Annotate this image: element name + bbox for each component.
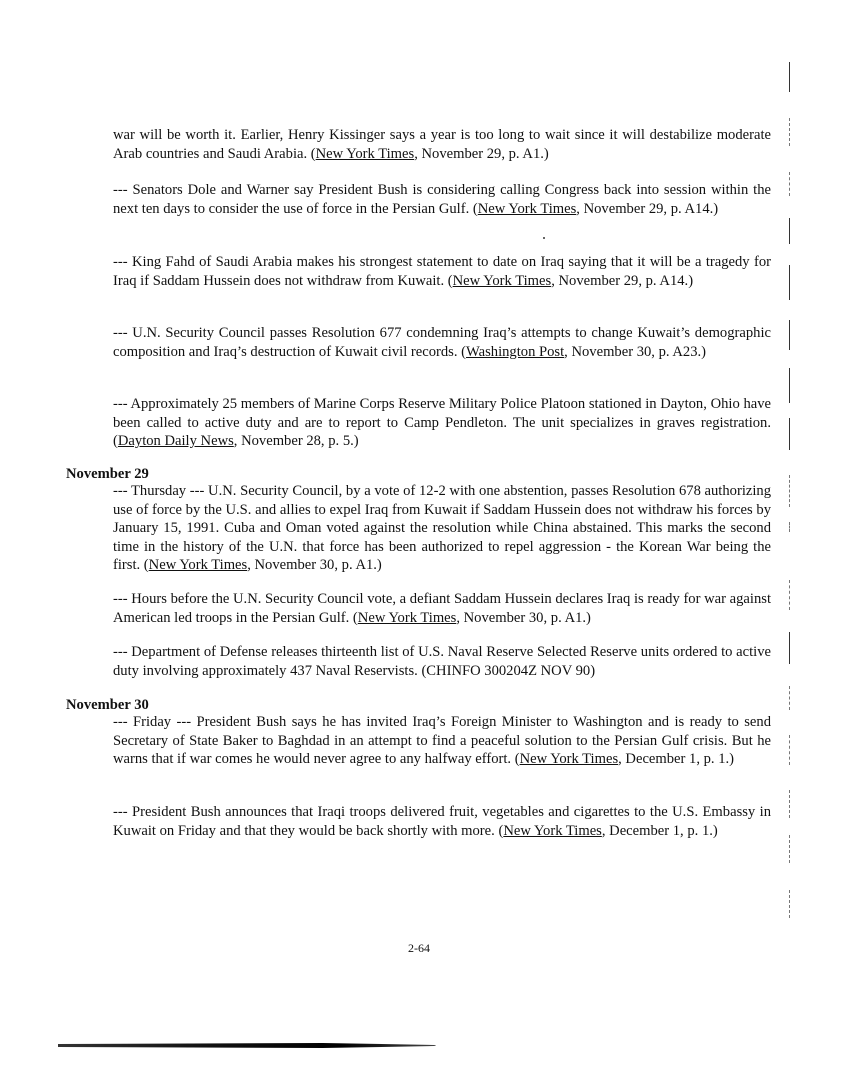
- margin-revision-mark: [789, 735, 790, 765]
- document-page: war will be worth it. Earlier, Henry Kis…: [0, 0, 850, 1067]
- entry-bush-invitation: --- Friday --- President Bush says he ha…: [113, 713, 771, 769]
- entry-resolution-678: --- Thursday --- U.N. Security Council, …: [113, 482, 771, 575]
- citation-details: , November 28, p. 5.): [234, 433, 359, 449]
- margin-revision-mark: [789, 418, 790, 450]
- entry-saddam-defiant: --- Hours before the U.N. Security Counc…: [113, 590, 771, 627]
- entry-dole-warner: --- Senators Dole and Warner say Preside…: [113, 181, 771, 218]
- margin-revision-mark: [789, 475, 790, 507]
- citation-details: , November 29, p. A14.): [551, 273, 693, 289]
- margin-revision-mark: [789, 835, 790, 863]
- citation-details: , December 1, p. 1.): [602, 823, 718, 839]
- citation-details: , November 30, p. A23.): [564, 344, 706, 360]
- source-citation: New York Times: [478, 201, 577, 217]
- margin-revision-mark: [789, 368, 790, 403]
- page-number: 2-64: [408, 941, 430, 956]
- source-citation: Washington Post: [466, 344, 564, 360]
- margin-revision-mark: [789, 218, 790, 244]
- entry-text: --- Department of Defense releases thirt…: [113, 644, 771, 679]
- entry-kissinger: war will be worth it. Earlier, Henry Kis…: [113, 126, 771, 163]
- margin-revision-mark: [789, 790, 790, 818]
- source-citation: New York Times: [520, 751, 619, 767]
- citation-details: , December 1, p. 1.): [618, 751, 734, 767]
- margin-revision-mark: [789, 118, 790, 146]
- margin-revision-mark: [789, 686, 790, 710]
- source-citation: New York Times: [358, 610, 457, 626]
- source-citation: New York Times: [453, 273, 552, 289]
- source-citation: Dayton Daily News: [118, 433, 234, 449]
- entry-naval-reserve: --- Department of Defense releases thirt…: [113, 643, 771, 680]
- citation-details: , November 29, p. A14.): [576, 201, 718, 217]
- entry-resolution-677: --- U.N. Security Council passes Resolut…: [113, 324, 771, 361]
- entry-king-fahd: --- King Fahd of Saudi Arabia makes his …: [113, 253, 771, 290]
- margin-revision-mark: [789, 62, 790, 92]
- citation-details: , November 30, p. A1.): [247, 557, 382, 573]
- source-citation: New York Times: [149, 557, 248, 573]
- entry-marine-reserve: --- Approximately 25 members of Marine C…: [113, 395, 771, 451]
- scan-speck: [543, 237, 545, 239]
- date-heading-nov-30: November 30: [66, 696, 149, 714]
- scan-artifact-line: [58, 1043, 436, 1048]
- margin-revision-mark: [789, 320, 790, 350]
- margin-revision-mark: [789, 265, 790, 300]
- date-heading-nov-29: November 29: [66, 465, 149, 483]
- citation-details: , November 29, p. A1.): [414, 146, 549, 162]
- margin-revision-mark: [789, 172, 790, 196]
- entry-embassy-supplies: --- President Bush announces that Iraqi …: [113, 803, 771, 840]
- margin-revision-mark: [789, 580, 790, 610]
- margin-revision-mark: [789, 890, 790, 918]
- source-citation: New York Times: [316, 146, 415, 162]
- margin-revision-mark: [789, 522, 790, 532]
- margin-revision-mark: [789, 632, 790, 664]
- source-citation: New York Times: [503, 823, 602, 839]
- citation-details: , November 30, p. A1.): [456, 610, 591, 626]
